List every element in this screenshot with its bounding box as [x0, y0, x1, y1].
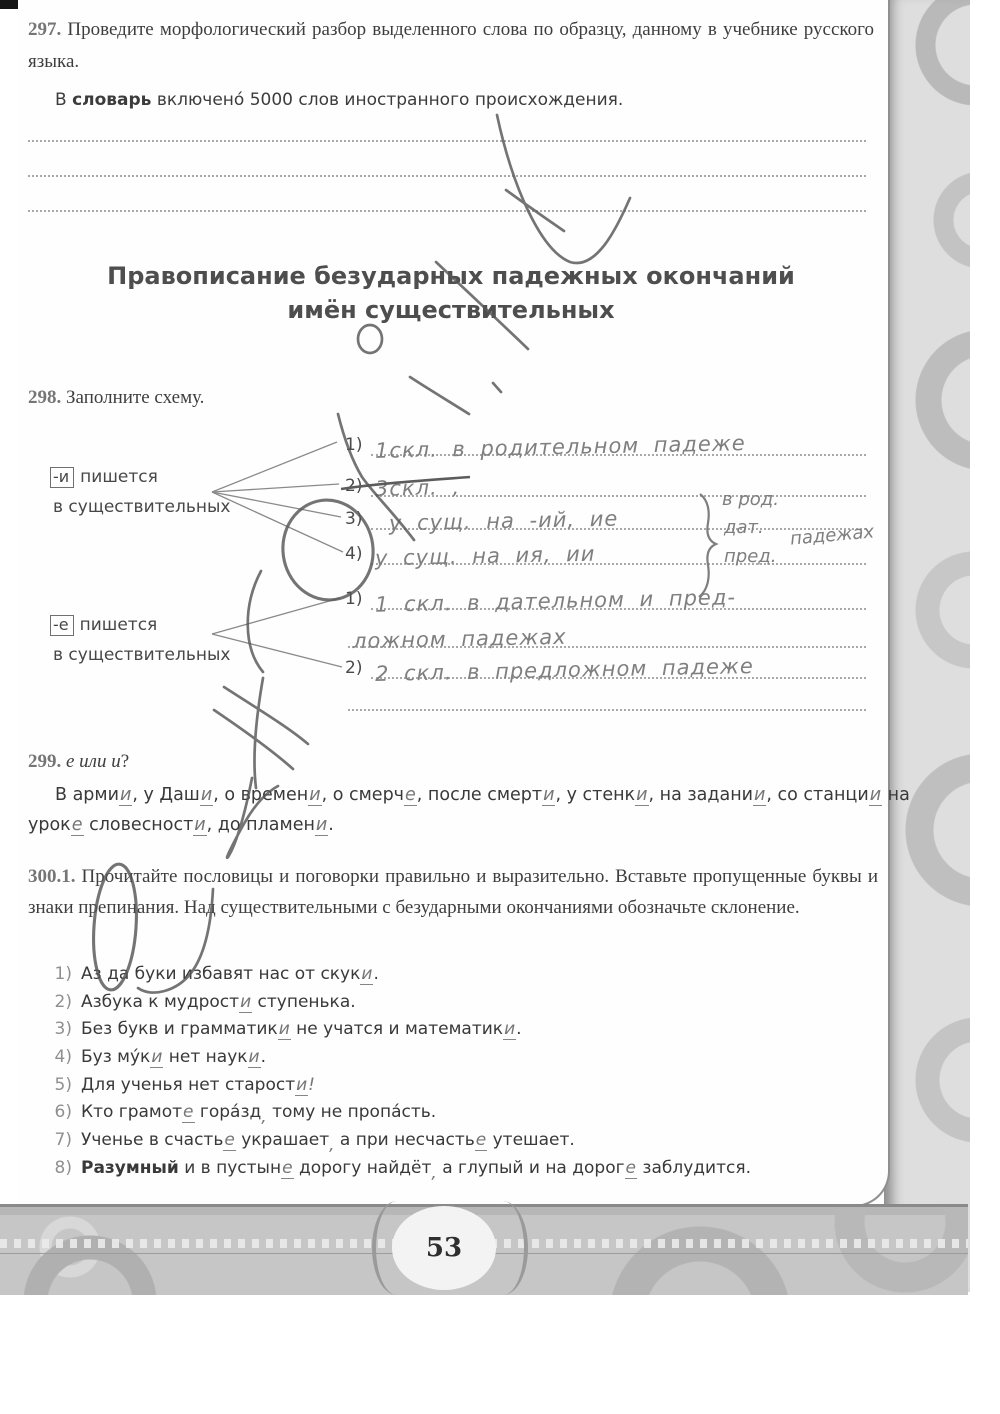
- handwritten-comma: ,: [329, 1135, 334, 1155]
- scheme-row-e1: 1)1 скл. в дательном и пред-: [345, 589, 868, 610]
- text-segment: Аз да буки избавят нас от скук: [81, 964, 360, 984]
- ending-i-box: -и: [50, 467, 74, 488]
- item-number: 3): [50, 1016, 72, 1044]
- label-word: пишется: [80, 615, 158, 635]
- text-segment: Азбука к мудрост: [81, 992, 239, 1012]
- scheme-row-e2: 2)2 скл. в предложном падеже: [345, 658, 868, 679]
- item-number: 8): [50, 1155, 72, 1183]
- row-number: 1): [345, 589, 362, 609]
- exercise-300-text: Прочитайте пословицы и поговорки правиль…: [28, 866, 878, 918]
- list-item: 2)Азбука к мудрости ступенька.: [50, 989, 751, 1017]
- exercise-299-task: 299. е или и?: [28, 746, 129, 778]
- handwritten-letter: и: [193, 815, 206, 836]
- text-segment: !: [308, 1075, 315, 1095]
- list-item: 7)Ученье в счастье украшает, а при несча…: [50, 1127, 751, 1155]
- text-segment: и в пустын: [179, 1158, 281, 1178]
- handwritten-letter: и: [248, 1047, 261, 1068]
- exercise-300-list: 1)Аз да буки избавят нас от скуки. 2)Азб…: [50, 961, 751, 1183]
- handwritten-letter: и: [503, 1019, 516, 1040]
- scheme-label-i: -ипишется: [50, 467, 158, 488]
- handwritten-letter: и: [119, 785, 132, 806]
- sample-rest: включено́ 5000 слов иностранного происхо…: [151, 90, 623, 110]
- scheme-row-i1: 1)1скл. в родительном падеже: [345, 435, 868, 456]
- right-decoration-strip: [884, 0, 970, 1292]
- text-segment: а глупый и на дорог: [437, 1158, 625, 1178]
- exercise-299-line2: уроке словесности, до пламени.: [28, 815, 334, 835]
- list-item: 5)Для ученья нет старости!: [50, 1072, 751, 1100]
- handwritten-letter: и: [200, 785, 213, 806]
- text-segment: на: [882, 785, 910, 805]
- label-word: пишется: [80, 467, 158, 487]
- handwritten-letter: и: [635, 785, 648, 806]
- list-item: 1)Аз да буки избавят нас от скуки.: [50, 961, 751, 989]
- text-segment: , о смерч: [322, 785, 404, 805]
- answer-line: [28, 175, 866, 177]
- row-number: 4): [345, 544, 362, 564]
- handwritten-letter: е: [475, 1130, 487, 1151]
- exercise-300-number: 300.1.: [28, 866, 76, 887]
- handwritten-note: пред.: [724, 546, 776, 567]
- text-segment: не учатся и математик: [291, 1019, 503, 1039]
- text-segment: утешает.: [487, 1130, 575, 1150]
- handwritten-letter: и: [360, 964, 373, 985]
- item-number: 2): [50, 989, 72, 1017]
- item-text: Буз му́ки нет науки.: [81, 1047, 266, 1068]
- list-item: 6)Кто грамоте гора́зд, тому не пропа́сть…: [50, 1099, 751, 1127]
- item-number: 7): [50, 1127, 72, 1155]
- handwritten-letter: е: [625, 1158, 637, 1179]
- scheme-row-e1b: ложном падежах: [345, 627, 868, 648]
- heading-line-1: Правописание безударных падежных окончан…: [28, 260, 874, 294]
- scheme-row-i2: 2)3скл. ,: [345, 476, 868, 497]
- handwritten-note: дат.: [724, 517, 764, 538]
- text-segment: дорогу найдёт: [294, 1158, 432, 1178]
- exercise-299-number: 299.: [28, 751, 61, 772]
- answer-line: [28, 210, 866, 212]
- handwritten-letter: и: [542, 785, 555, 806]
- handwritten-answer: 3скл. ,: [375, 475, 461, 501]
- page-number: 53: [426, 1233, 462, 1263]
- scheme-row-empty: [345, 690, 868, 711]
- row-number: 1): [345, 435, 362, 455]
- text-segment: .: [328, 815, 334, 835]
- item-number: 6): [50, 1099, 72, 1127]
- exercise-297-text: Проведите морфологический разбор выделен…: [28, 19, 874, 72]
- exercise-299-line1: В армии, у Даши, о времени, о смерче, по…: [55, 785, 910, 805]
- text-segment: а при несчасть: [335, 1130, 475, 1150]
- text-segment: гора́зд: [195, 1102, 262, 1122]
- text-segment: , со станци: [766, 785, 868, 805]
- heading-line-2: имён существительных: [28, 294, 874, 328]
- text-segment: , после смерт: [417, 785, 542, 805]
- handwritten-answer: ложном падежах: [353, 625, 567, 653]
- list-item: 8)Разумный и в пустыне дорогу найдёт, а …: [50, 1155, 751, 1183]
- item-text: Ученье в счастье украшает, а при несчаст…: [81, 1130, 575, 1155]
- handwritten-letter: е: [71, 815, 84, 836]
- section-heading: Правописание безударных падежных окончан…: [28, 260, 874, 327]
- text-segment: , до пламен: [207, 815, 315, 835]
- text-segment: Ученье в счасть: [81, 1130, 223, 1150]
- handwritten-letter: и: [239, 992, 252, 1013]
- item-text: Без букв и грамматики не учатся и матема…: [81, 1019, 522, 1040]
- text-segment: Буз му́к: [81, 1047, 150, 1067]
- exercise-297-sample: В словарь включено́ 5000 слов иностранно…: [55, 90, 623, 110]
- handwritten-letter: и: [150, 1047, 163, 1068]
- scheme-row-i4: 4)у сущ. на ия, ии: [345, 544, 868, 565]
- item-number: 1): [50, 961, 72, 989]
- text-segment: .: [516, 1019, 521, 1039]
- exercise-299-title: е или и: [66, 751, 121, 772]
- handwritten-letter: и: [315, 815, 328, 836]
- text-segment: , у стенк: [555, 785, 635, 805]
- handwritten-letter: и: [295, 1075, 308, 1096]
- handwritten-letter: и: [753, 785, 766, 806]
- sample-prefix: В: [55, 90, 72, 110]
- scheme-label-e: -епишется: [50, 615, 157, 636]
- item-number: 4): [50, 1044, 72, 1072]
- exercise-298-number: 298.: [28, 387, 61, 408]
- handwritten-letter: е: [223, 1130, 235, 1151]
- exercise-300-task: 300.1. Прочитайте пословицы и поговорки …: [28, 862, 878, 924]
- exercise-298-text: Заполните схему.: [61, 387, 204, 408]
- handwritten-letter: е: [281, 1158, 293, 1179]
- text-segment: урок: [28, 815, 71, 835]
- text-segment: , у Даш: [132, 785, 199, 805]
- row-number: 3): [345, 509, 362, 529]
- text-segment: заблудится.: [637, 1158, 751, 1178]
- text-segment: , на задани: [649, 785, 754, 805]
- item-text: Азбука к мудрости ступенька.: [81, 992, 356, 1013]
- row-number: 2): [345, 476, 362, 496]
- handwritten-comma: ,: [261, 1107, 266, 1127]
- list-item: 3)Без букв и грамматики не учатся и мате…: [50, 1016, 751, 1044]
- scheme-row-i3: 3)у сущ. на -ий, ие: [345, 509, 868, 530]
- text-segment: Без букв и грамматик: [81, 1019, 278, 1039]
- handwritten-letter: и: [308, 785, 321, 806]
- exercise-297-number: 297.: [28, 19, 61, 40]
- item-text: Разумный и в пустыне дорогу найдёт, а гл…: [81, 1158, 751, 1183]
- handwritten-letter: и: [278, 1019, 291, 1040]
- scheme-label-e-sub: в существительных: [53, 645, 230, 665]
- handwritten-letter: е: [404, 785, 417, 806]
- text-segment: , о времен: [213, 785, 308, 805]
- text-segment: .: [261, 1047, 266, 1067]
- answer-line: [28, 140, 866, 142]
- handwritten-answer: у сущ. на -ий, ие: [389, 507, 619, 536]
- handwritten-answer: у сущ. на ия, ии: [375, 542, 596, 571]
- item-text: Для ученья нет старости!: [81, 1075, 315, 1096]
- sample-bold-word: словарь: [72, 90, 151, 110]
- text-segment: тому не пропа́сть.: [267, 1102, 437, 1122]
- handwritten-comma: ,: [431, 1163, 436, 1183]
- page-number-oval: 53: [392, 1206, 496, 1290]
- exercise-298-task: 298. Заполните схему.: [28, 382, 204, 414]
- text-segment: В арми: [55, 785, 119, 805]
- dotted-line: [348, 709, 866, 711]
- text-segment: нет наук: [163, 1047, 247, 1067]
- exercise-297-task: 297. Проведите морфологический разбор вы…: [28, 14, 874, 79]
- handwritten-note: в род.: [722, 489, 779, 510]
- text-segment: Для ученья нет старост: [81, 1075, 295, 1095]
- handwritten-letter: е: [182, 1102, 194, 1123]
- scheme-label-i-sub: в существительных: [53, 497, 230, 517]
- workbook-page: 297. Проведите морфологический разбор вы…: [0, 0, 1000, 1414]
- list-item: 4)Буз му́ки нет науки.: [50, 1044, 751, 1072]
- item-text: Аз да буки избавят нас от скуки.: [81, 964, 379, 985]
- text-segment: словесност: [84, 815, 194, 835]
- text-segment: .: [373, 964, 378, 984]
- text-segment: украшает: [236, 1130, 329, 1150]
- item-number: 5): [50, 1072, 72, 1100]
- row-number: 2): [345, 658, 362, 678]
- handwritten-letter: и: [869, 785, 882, 806]
- text-segment: Кто грамот: [81, 1102, 182, 1122]
- text-segment: ступенька.: [252, 992, 356, 1012]
- question-mark: ?: [121, 751, 129, 772]
- ending-e-box: -е: [50, 615, 74, 636]
- text-segment: Разумный: [81, 1158, 179, 1178]
- item-text: Кто грамоте гора́зд, тому не пропа́сть.: [81, 1102, 436, 1127]
